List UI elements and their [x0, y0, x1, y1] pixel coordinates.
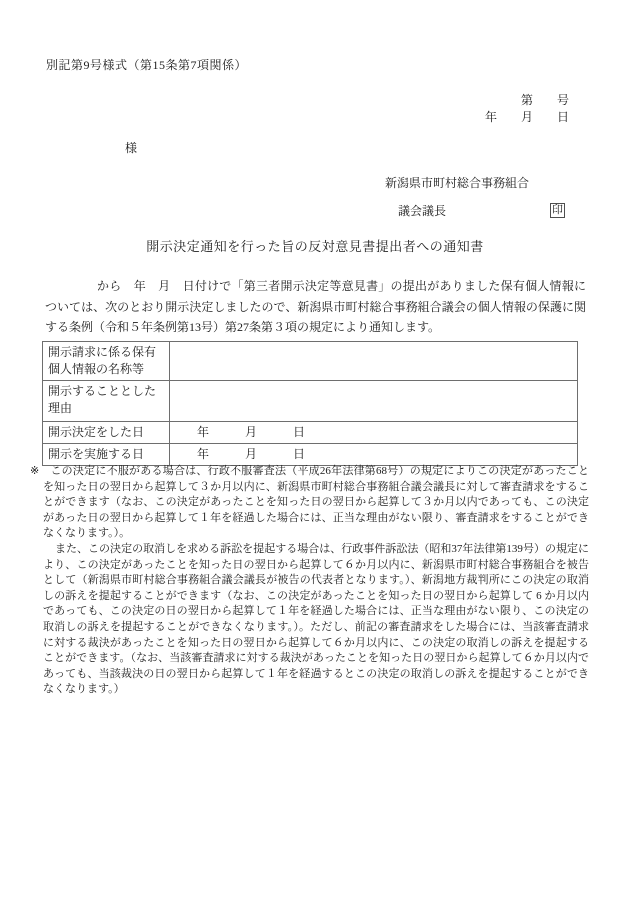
appeal-note-paragraph-1: ※この決定に不服がある場合は、行政不服審査法（平成26年法律第68号）の規定によ…: [43, 464, 589, 542]
table-row-value: [170, 381, 578, 422]
table-row-value: 年 月 日: [170, 422, 578, 444]
table-row: 開示を実施する日 年 月 日: [43, 444, 578, 466]
note-marker: ※: [30, 465, 39, 477]
table-row-label: 開示決定をした日: [43, 422, 170, 444]
recipient-honorific: 様: [125, 139, 137, 156]
note-text-1: この決定に不服がある場合は、行政不服審査法（平成26年法律第68号）の規定により…: [43, 465, 589, 539]
sender-block: 新潟県市町村総合事務組合 議会議長 印: [385, 174, 565, 219]
sender-title-row: 議会議長 印: [385, 202, 565, 219]
document-number-block: 第 号 年 月 日: [485, 92, 569, 126]
sender-title: 議会議長: [398, 202, 446, 219]
document-number-line: 第 号: [485, 92, 569, 109]
document-title: 開示決定通知を行った旨の反対意見書提出者への通知書: [0, 236, 630, 255]
appeal-note-paragraph-2: また、この決定の取消しを求める訴訟を提起する場合は、行政事件訴訟法（昭和37年法…: [43, 542, 589, 698]
table-row-label: 開示することとした理由: [43, 381, 170, 422]
document-date-line: 年 月 日: [485, 109, 569, 126]
table-row: 開示決定をした日 年 月 日: [43, 422, 578, 444]
table-row-value: 年 月 日: [170, 444, 578, 466]
appeal-note: ※この決定に不服がある場合は、行政不服審査法（平成26年法律第68号）の規定によ…: [43, 464, 589, 698]
form-style-label: 別記第9号様式（第15条第7項関係）: [46, 56, 247, 73]
sender-organization: 新潟県市町村総合事務組合: [385, 174, 565, 191]
document-page: 別記第9号様式（第15条第7項関係） 第 号 年 月 日 様 新潟県市町村総合事…: [0, 0, 630, 903]
table-row: 開示することとした理由: [43, 381, 578, 422]
table-row-label: 開示請求に係る保有個人情報の名称等: [43, 342, 170, 381]
body-paragraph: から 年 月 日付けで「第三者開示決定等意見書」の提出がありました保有個人情報に…: [45, 276, 586, 338]
disclosure-decision-table: 開示請求に係る保有個人情報の名称等 開示することとした理由 開示決定をした日 年…: [42, 341, 578, 466]
table-row-value: [170, 342, 578, 381]
seal-mark: 印: [550, 203, 565, 218]
table-row: 開示請求に係る保有個人情報の名称等: [43, 342, 578, 381]
table-row-label: 開示を実施する日: [43, 444, 170, 466]
